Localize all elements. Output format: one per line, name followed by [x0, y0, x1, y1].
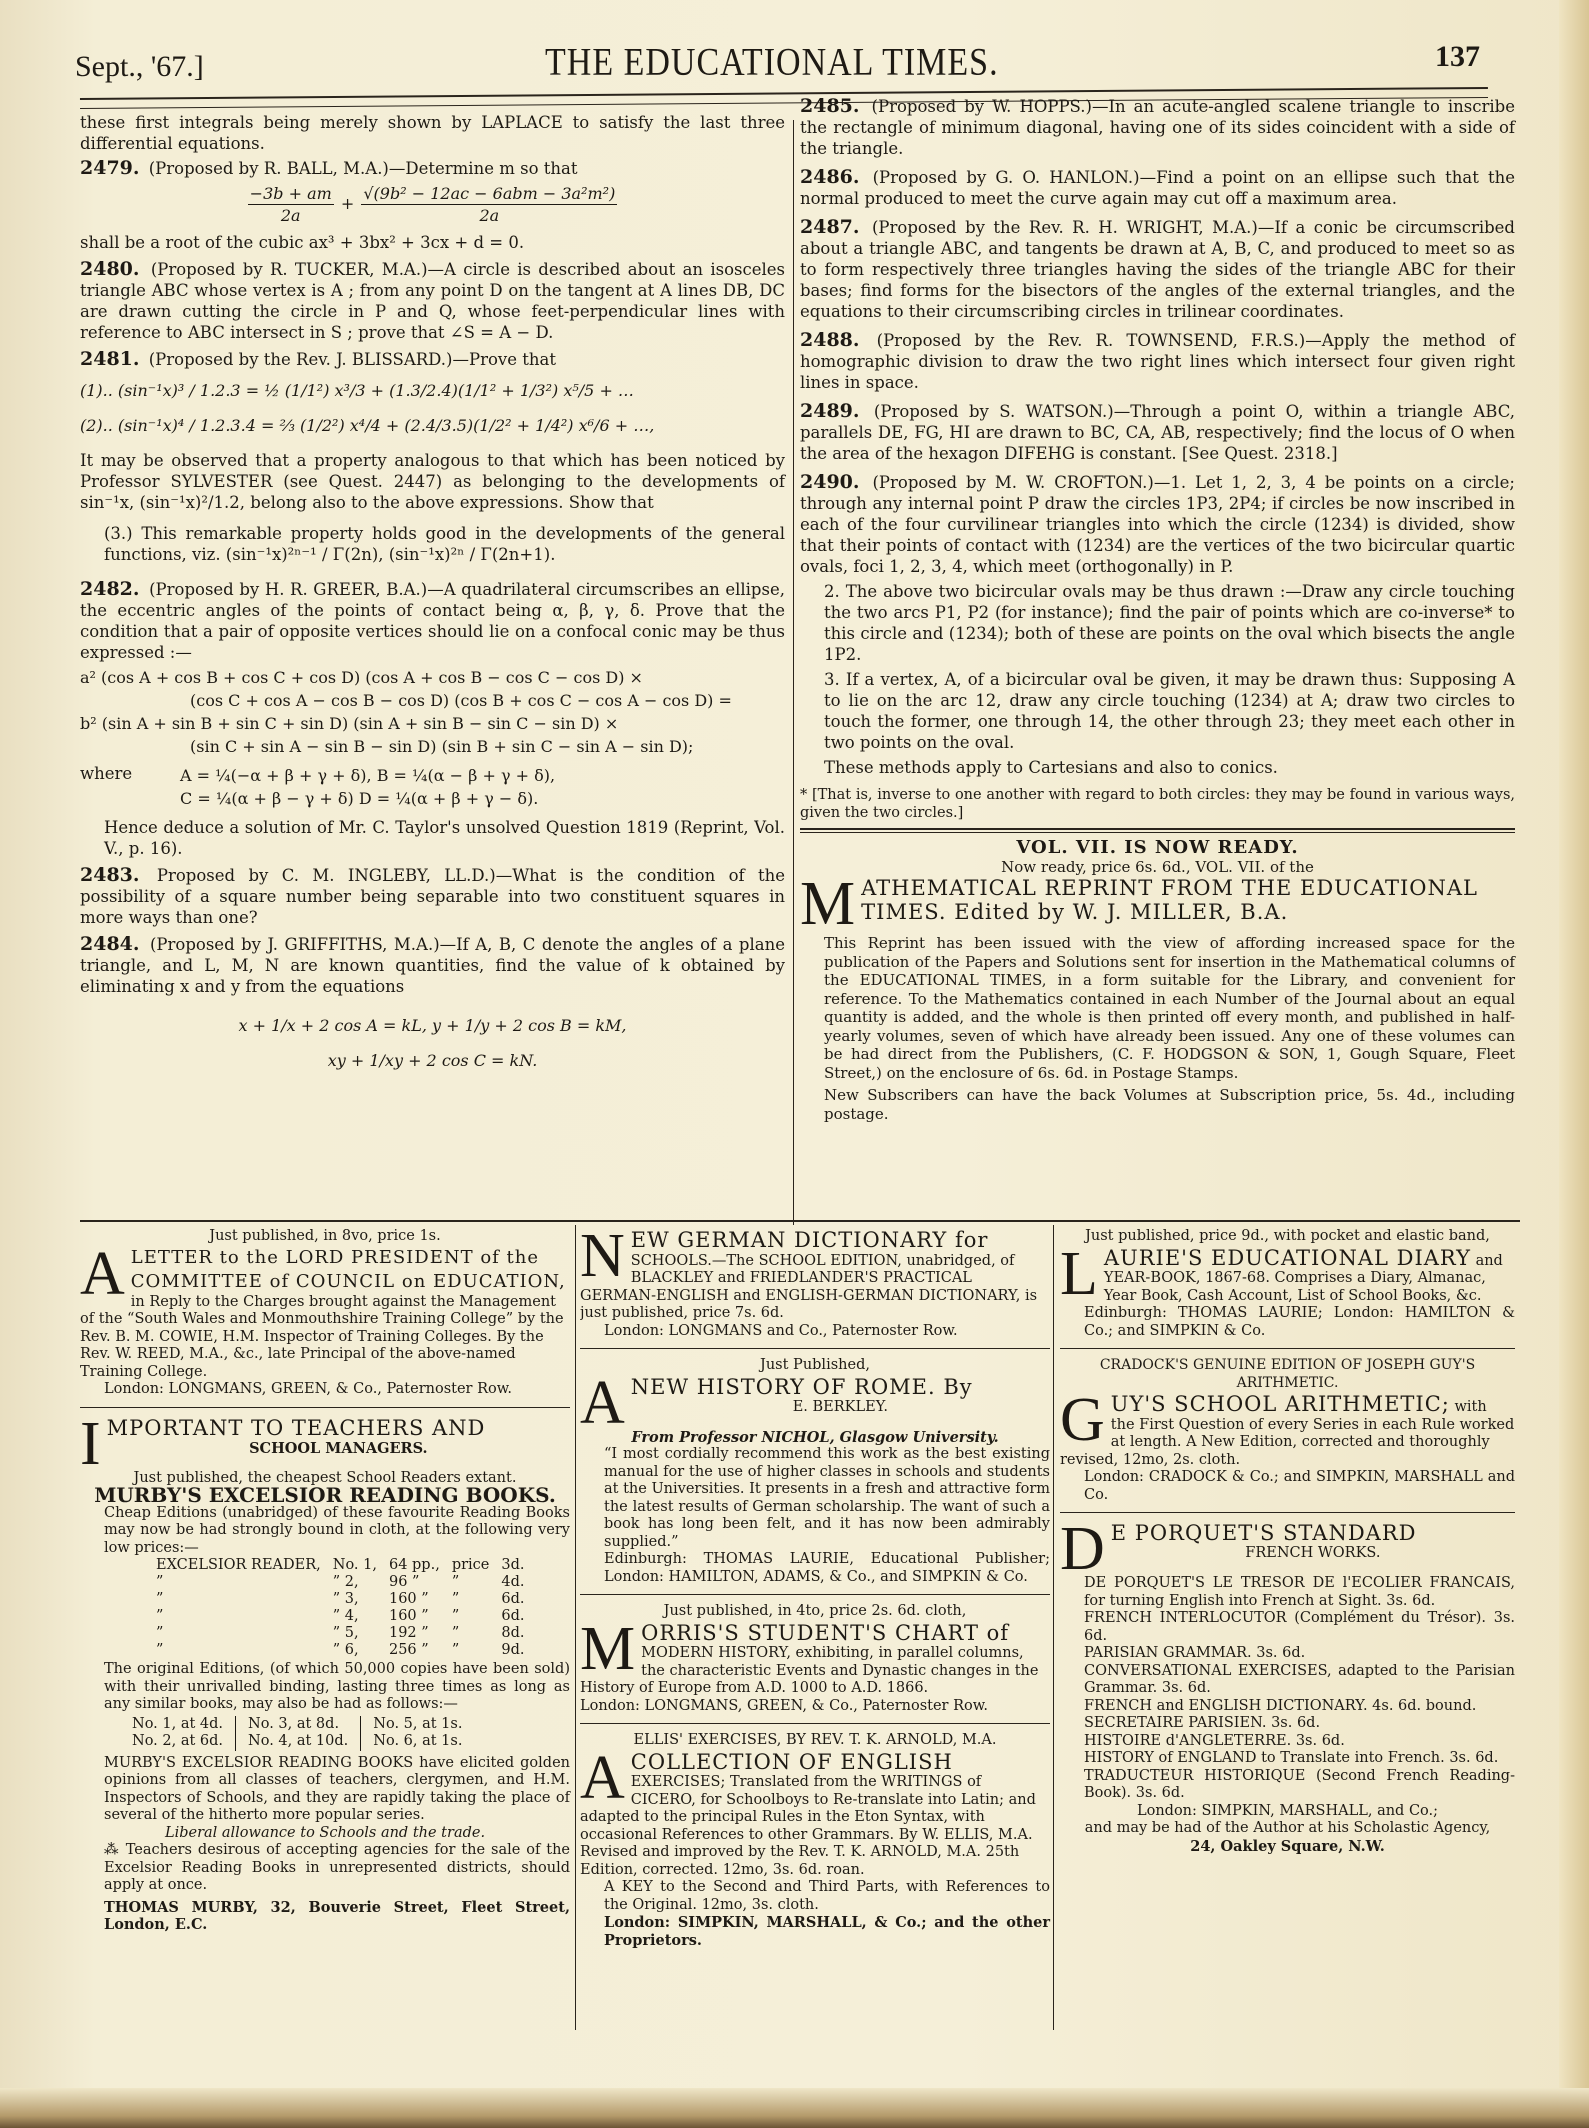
question-2479: 2479. (Proposed by R. BALL, M.A.)—Determ… — [80, 158, 785, 179]
right-column: 2485. (Proposed by W. HOPPS.)—In an acut… — [800, 96, 1515, 1127]
dropcap: M — [800, 878, 855, 930]
ads-divider-2 — [1053, 1225, 1054, 2030]
ad-separator — [1060, 1512, 1515, 1513]
equation-2482-a1: a² (cos A + cos B + cos C + cos D) (cos … — [80, 667, 785, 688]
dropcap: I — [80, 1418, 101, 1470]
laurie-diary-advertisement: Just published, price 9d., with pocket a… — [1060, 1228, 1515, 1340]
ads-top-rule — [80, 1220, 1520, 1222]
section-rule — [800, 828, 1515, 833]
ad-separator — [1060, 1348, 1515, 1349]
list-item: SECRETAIRE PARISIEN. 3s. 6d. — [1060, 1715, 1515, 1733]
ads-divider-1 — [575, 1225, 576, 2030]
equation-2481-2: (2).. (sin⁻¹x)⁴ / 1.2.3.4 = ⅔ (1/2²) x⁴/… — [80, 415, 785, 436]
issue-date: Sept., '67.] — [75, 50, 204, 84]
letter-advertisement: Just published, in 8vo, price 1s. A LETT… — [80, 1228, 570, 1399]
reprint-subscribers: New Subscribers can have the back Volume… — [800, 1086, 1515, 1123]
dropcap: A — [580, 1752, 625, 1804]
ad-separator — [580, 1723, 1050, 1724]
question-2481-para1: It may be observed that a property analo… — [80, 450, 785, 513]
proposer: (Proposed by R. BALL, M.A.) — [149, 159, 389, 178]
intro-paragraph: these first integrals being merely shown… — [80, 112, 785, 154]
equation-2482-b1: b² (sin A + sin B + sin C + sin D) (sin … — [80, 713, 785, 734]
equation-2482-b2: (sin C + sin A − sin B − sin D) (sin B +… — [80, 736, 785, 757]
left-column: these first integrals being merely shown… — [80, 112, 785, 1077]
question-2490-closing: These methods apply to Cartesians and al… — [800, 757, 1515, 778]
price-table: EXCELSIOR READER,No. 1,64 pp.,price3d. ”… — [150, 1557, 531, 1659]
ellis-exercises-advertisement: ELLIS' EXERCISES, BY REV. T. K. ARNOLD, … — [580, 1732, 1050, 1949]
question-2481: 2481. (Proposed by the Rev. J. BLISSARD.… — [80, 349, 785, 370]
dropcap: D — [1060, 1523, 1105, 1575]
table-row: EXCELSIOR READER,No. 1,64 pp.,price3d. — [150, 1557, 531, 1574]
dropcap: A — [580, 1377, 625, 1429]
question-2484: 2484. (Proposed by J. GRIFFITHS, M.A.)—I… — [80, 934, 785, 997]
question-text: —Determine m so that — [389, 159, 578, 178]
dropcap: A — [80, 1248, 125, 1300]
vol-heading: VOL. VII. IS NOW READY. — [800, 839, 1515, 858]
question-2481-para2: (3.) This remarkable property holds good… — [80, 523, 785, 565]
ad-separator — [580, 1594, 1050, 1595]
question-2482: 2482. (Proposed by H. R. GREER, B.A.)—A … — [80, 579, 785, 663]
question-2487: 2487. (Proposed by the Rev. R. H. WRIGHT… — [800, 217, 1515, 322]
dropcap: L — [1060, 1248, 1098, 1300]
column-divider — [793, 120, 794, 1225]
where-block: where A = ¼(−α + β + γ + δ), B = ¼(α − β… — [80, 763, 785, 811]
list-item: TRADUCTEUR HISTORIQUE (Second French Rea… — [1060, 1768, 1515, 1803]
footnote: * [That is, inverse to one another with … — [800, 786, 1515, 822]
reprint-title: ATHEMATICAL REPRINT FROM THE EDUCATIONAL… — [861, 876, 1478, 924]
equation-2481-1: (1).. (sin⁻¹x)³ / 1.2.3 = ½ (1/1²) x³/3 … — [80, 380, 785, 401]
list-item: PARISIAN GRAMMAR. 3s. 6d. — [1060, 1645, 1515, 1663]
editions-grid: No. 1, at 4d.No. 2, at 6d. No. 3, at 8d.… — [120, 1716, 570, 1751]
newspaper-page: Sept., '67.] THE EDUCATIONAL TIMES. 137 … — [0, 0, 1589, 2128]
table-row: ”” 3,160 ””6d. — [150, 1591, 531, 1608]
vol-subheading: Now ready, price 6s. 6d., VOL. VII. of t… — [800, 858, 1515, 877]
morris-chart-advertisement: Just published, in 4to, price 2s. 6d. cl… — [580, 1603, 1050, 1715]
question-2488: 2488. (Proposed by the Rev. R. TOWNSEND,… — [800, 330, 1515, 393]
list-item: CONVERSATIONAL EXERCISES, adapted to the… — [1060, 1663, 1515, 1698]
page-bottom-edge — [0, 2088, 1589, 2128]
ads-column-2: N EW GERMAN DICTIONARY for SCHOOLS.—The … — [580, 1228, 1050, 1957]
german-dictionary-advertisement: N EW GERMAN DICTIONARY for SCHOOLS.—The … — [580, 1228, 1050, 1340]
question-2483: 2483. Proposed by C. M. INGLEBY, LL.D.)—… — [80, 865, 785, 928]
reprint-advertisement: VOL. VII. IS NOW READY. Now ready, price… — [800, 839, 1515, 1123]
ad-separator — [80, 1407, 570, 1408]
table-row: ”” 2,96 ””4d. — [150, 1574, 531, 1591]
equation-2484-1: x + 1/x + 2 cos A = kL, y + 1/y + 2 cos … — [80, 1015, 785, 1036]
equation-2482-a2: (cos C + cos A − cos B − cos D) (cos B +… — [80, 690, 785, 711]
de-porquet-advertisement: D E PORQUET'S STANDARD FRENCH WORKS. DE … — [1060, 1521, 1515, 1855]
list-item: FRENCH INTERLOCUTOR (Complément du Tréso… — [1060, 1610, 1515, 1645]
question-number: 2479. — [80, 157, 140, 179]
question-2486: 2486. (Proposed by G. O. HANLON.)—Find a… — [800, 167, 1515, 209]
question-2490-part2: 2. The above two bicircular ovals may be… — [800, 581, 1515, 665]
table-row: ”” 4,160 ””6d. — [150, 1608, 531, 1625]
question-2490: 2490. (Proposed by M. W. CROFTON.)—1. Le… — [800, 472, 1515, 577]
dropcap: M — [580, 1623, 635, 1675]
list-item: FRENCH and ENGLISH DICTIONARY. 4s. 6d. b… — [1060, 1698, 1515, 1716]
list-item: DE PORQUET'S LE TRESOR DE l'ECOLIER FRAN… — [1060, 1575, 1515, 1610]
rome-advertisement: Just Published, A NEW HISTORY OF ROME. B… — [580, 1357, 1050, 1586]
equation-2484-2: xy + 1/xy + 2 cos C = kN. — [80, 1050, 785, 1071]
ads-column-1: Just published, in 8vo, price 1s. A LETT… — [80, 1228, 570, 1942]
ad-separator — [580, 1348, 1050, 1349]
publication-title: THE EDUCATIONAL TIMES. — [545, 41, 999, 85]
ads-column-3: Just published, price 9d., with pocket a… — [1060, 1228, 1515, 1863]
reprint-body: This Reprint has been issued with the vi… — [800, 934, 1515, 1082]
list-item: HISTORY of ENGLAND to Translate into Fre… — [1060, 1750, 1515, 1768]
guy-arithmetic-advertisement: CRADOCK'S GENUINE EDITION OF JOSEPH GUY'… — [1060, 1357, 1515, 1504]
question-2490-part3: 3. If a vertex, A, of a bicircular oval … — [800, 669, 1515, 753]
question-2479-tail: shall be a root of the cubic ax³ + 3bx² … — [80, 232, 785, 253]
question-2489: 2489. (Proposed by S. WATSON.)—Through a… — [800, 401, 1515, 464]
question-2482-tail: Hence deduce a solution of Mr. C. Taylor… — [80, 817, 785, 859]
page-number: 137 — [1435, 40, 1480, 74]
question-2480: 2480. (Proposed by R. TUCKER, M.A.)—A ci… — [80, 259, 785, 343]
page-edge — [1559, 0, 1589, 2128]
question-2485: 2485. (Proposed by W. HOPPS.)—In an acut… — [800, 96, 1515, 159]
murby-advertisement: I MPORTANT TO TEACHERS AND SCHOOL MANAGE… — [80, 1416, 570, 1934]
table-row: ”” 6,256 ””9d. — [150, 1642, 531, 1659]
dropcap: N — [580, 1230, 625, 1282]
dropcap: G — [1060, 1394, 1105, 1446]
list-item: HISTOIRE d'ANGLETERRE. 3s. 6d. — [1060, 1733, 1515, 1751]
table-row: ”” 5,192 ””8d. — [150, 1625, 531, 1642]
equation-2479: −3b + am2a + √(9b² − 12ac − 6abm − 3a²m²… — [80, 183, 785, 226]
